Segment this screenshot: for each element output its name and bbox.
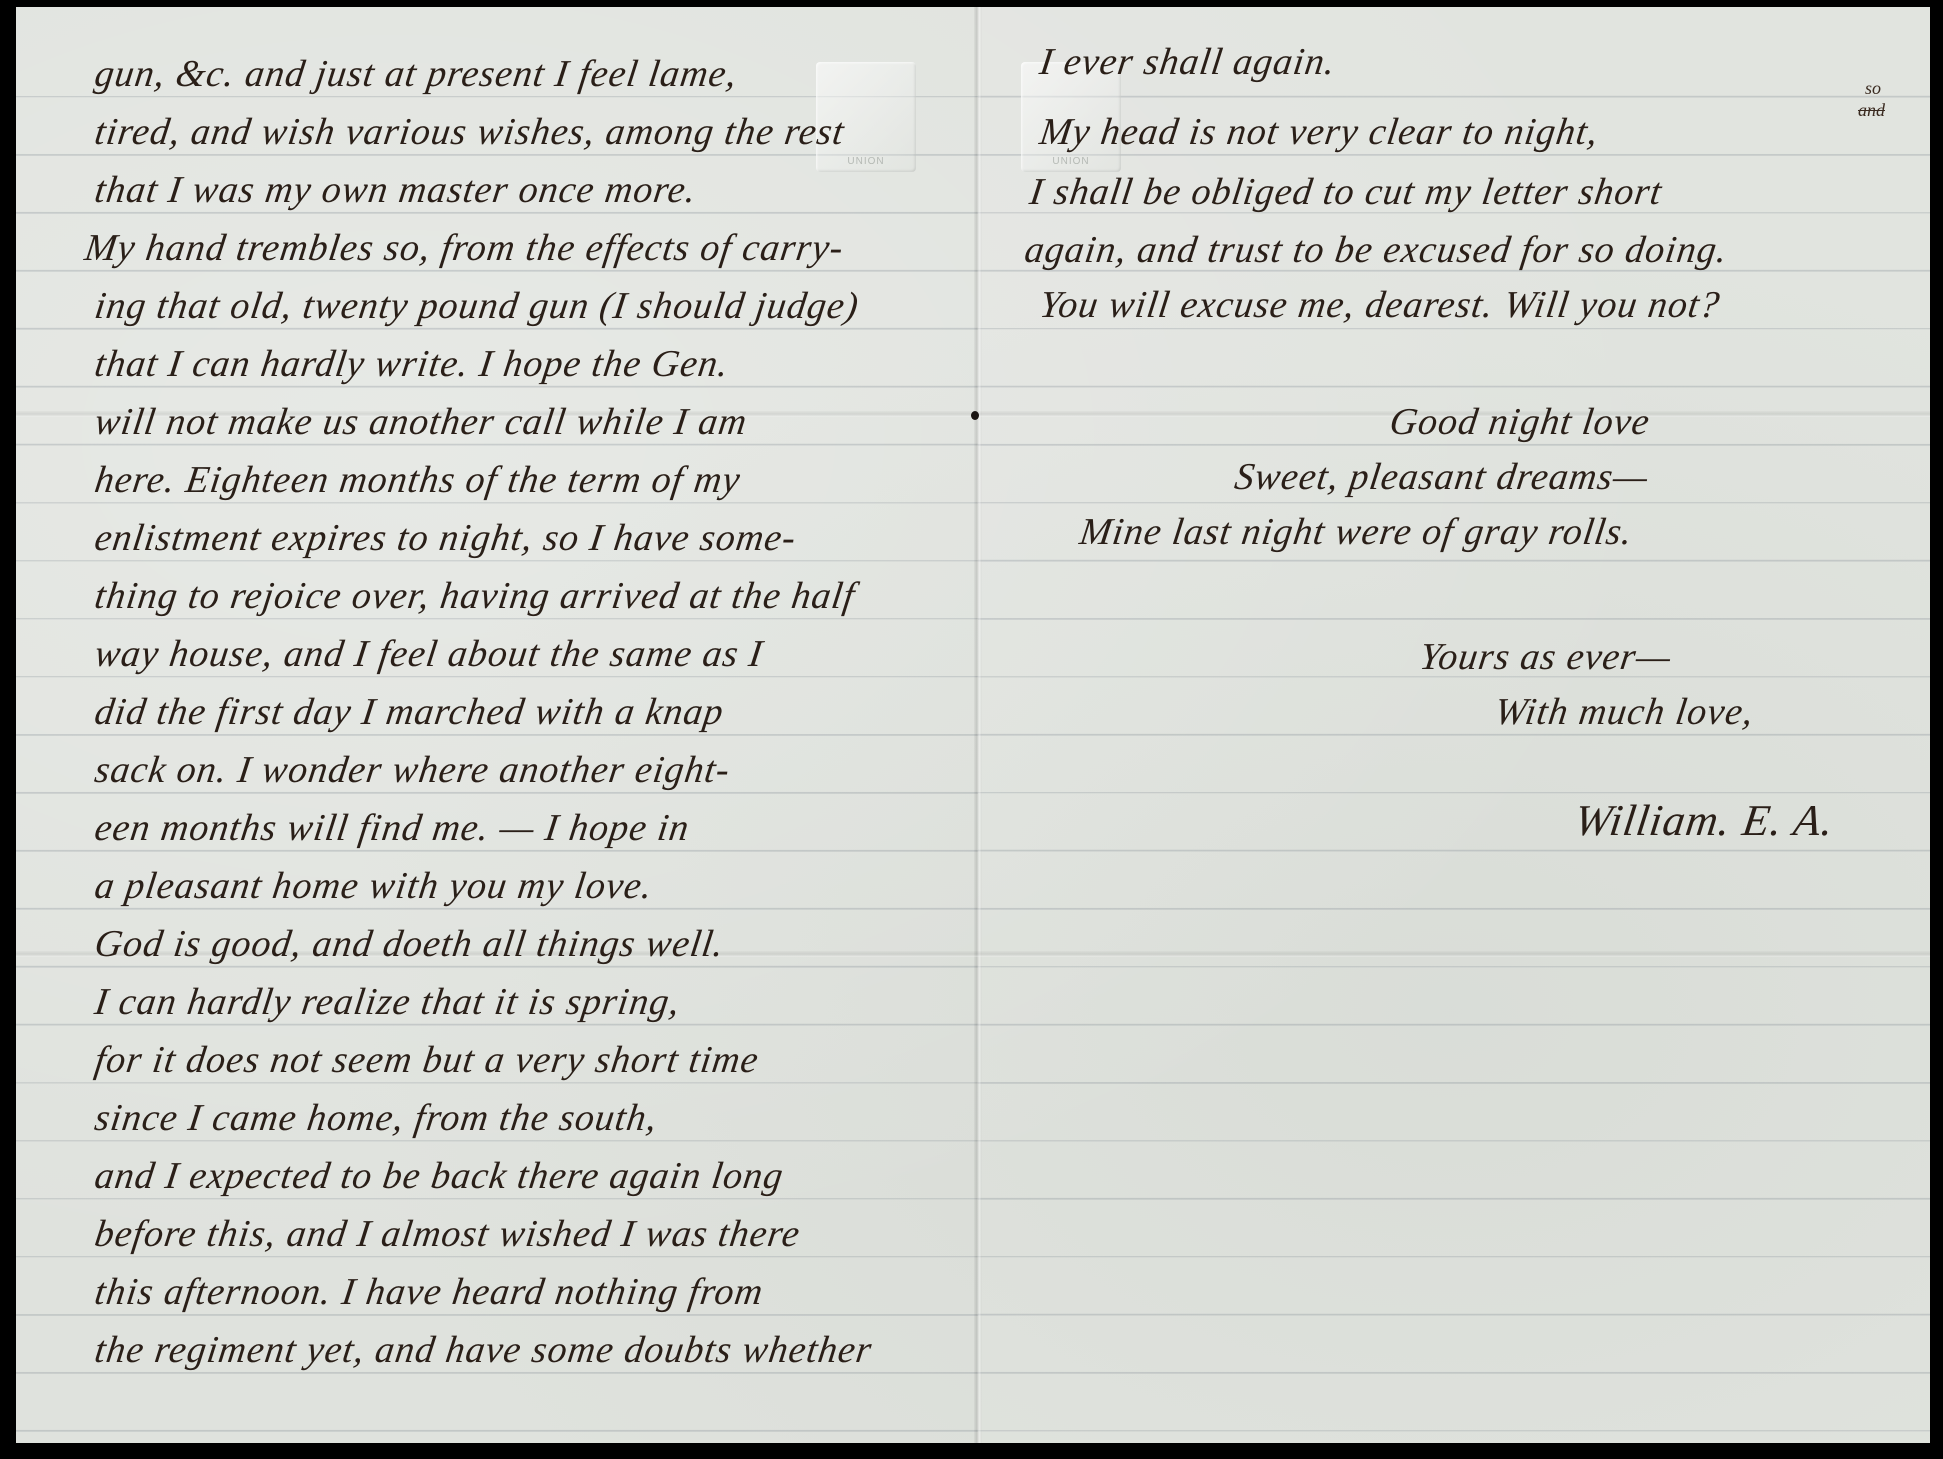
text-line: for it does not seem but a very short ti… — [92, 1038, 762, 1082]
text-line: een months will find me. — I hope in — [92, 806, 693, 850]
text-line: will not make us another call while I am — [92, 400, 750, 444]
struck-word: and — [1858, 100, 1885, 121]
text-line: way house, and I feel about the same as … — [92, 632, 766, 676]
text-line: again, and trust to be excused for so do… — [1022, 228, 1731, 272]
text-line: tired, and wish various wishes, among th… — [92, 110, 848, 154]
text-line: that I was my own master once more. — [92, 168, 700, 212]
text-line: that I can hardly write. I hope the Gen. — [92, 342, 732, 386]
text-line: sack on. I wonder where another eight- — [92, 748, 733, 792]
text-line: thing to rejoice over, having arrived at… — [92, 574, 858, 618]
text-line: ing that old, twenty pound gun (I should… — [92, 284, 862, 328]
text-line: and I expected to be back there again lo… — [92, 1154, 787, 1198]
text-line: gun, &c. and just at present I feel lame… — [92, 52, 740, 96]
signature: William. E. A. — [1571, 795, 1837, 846]
text-line: You will excuse me, dearest. Will you no… — [1037, 283, 1723, 327]
pinhole — [971, 411, 979, 420]
right-page — [978, 7, 1930, 1443]
text-line: since I came home, from the south, — [92, 1096, 661, 1140]
closing-with-much-love: With much love, — [1492, 690, 1757, 734]
text-line: My head is not very clear to night, — [1037, 110, 1602, 154]
text-line: this afternoon. I have heard nothing fro… — [92, 1270, 766, 1314]
text-line: before this, and I almost wished I was t… — [92, 1212, 803, 1256]
closing-good-night: Good night love — [1387, 400, 1653, 444]
closing-yours-as-ever: Yours as ever— — [1417, 635, 1674, 679]
text-line: the regiment yet, and have some doubts w… — [92, 1328, 875, 1372]
closing-gray-rolls: Mine last night were of gray rolls. — [1077, 510, 1636, 554]
text-line: a pleasant home with you my love. — [92, 864, 656, 908]
text-line: I ever shall again. — [1037, 40, 1339, 84]
inserted-correction: so — [1865, 78, 1881, 99]
text-line: I can hardly realize that it is spring, — [92, 980, 683, 1024]
text-line: did the first day I marched with a knap — [92, 690, 727, 734]
text-line: enlistment expires to night, so I have s… — [92, 516, 799, 560]
closing-sweet-dreams: Sweet, pleasant dreams— — [1232, 455, 1651, 499]
text-line: I shall be obliged to cut my letter shor… — [1027, 170, 1665, 214]
text-line: God is good, and doeth all things well. — [92, 922, 727, 966]
text-line: here. Eighteen months of the term of my — [92, 458, 744, 502]
vertical-fold — [974, 7, 982, 1443]
text-line: My hand trembles so, from the effects of… — [82, 226, 847, 270]
